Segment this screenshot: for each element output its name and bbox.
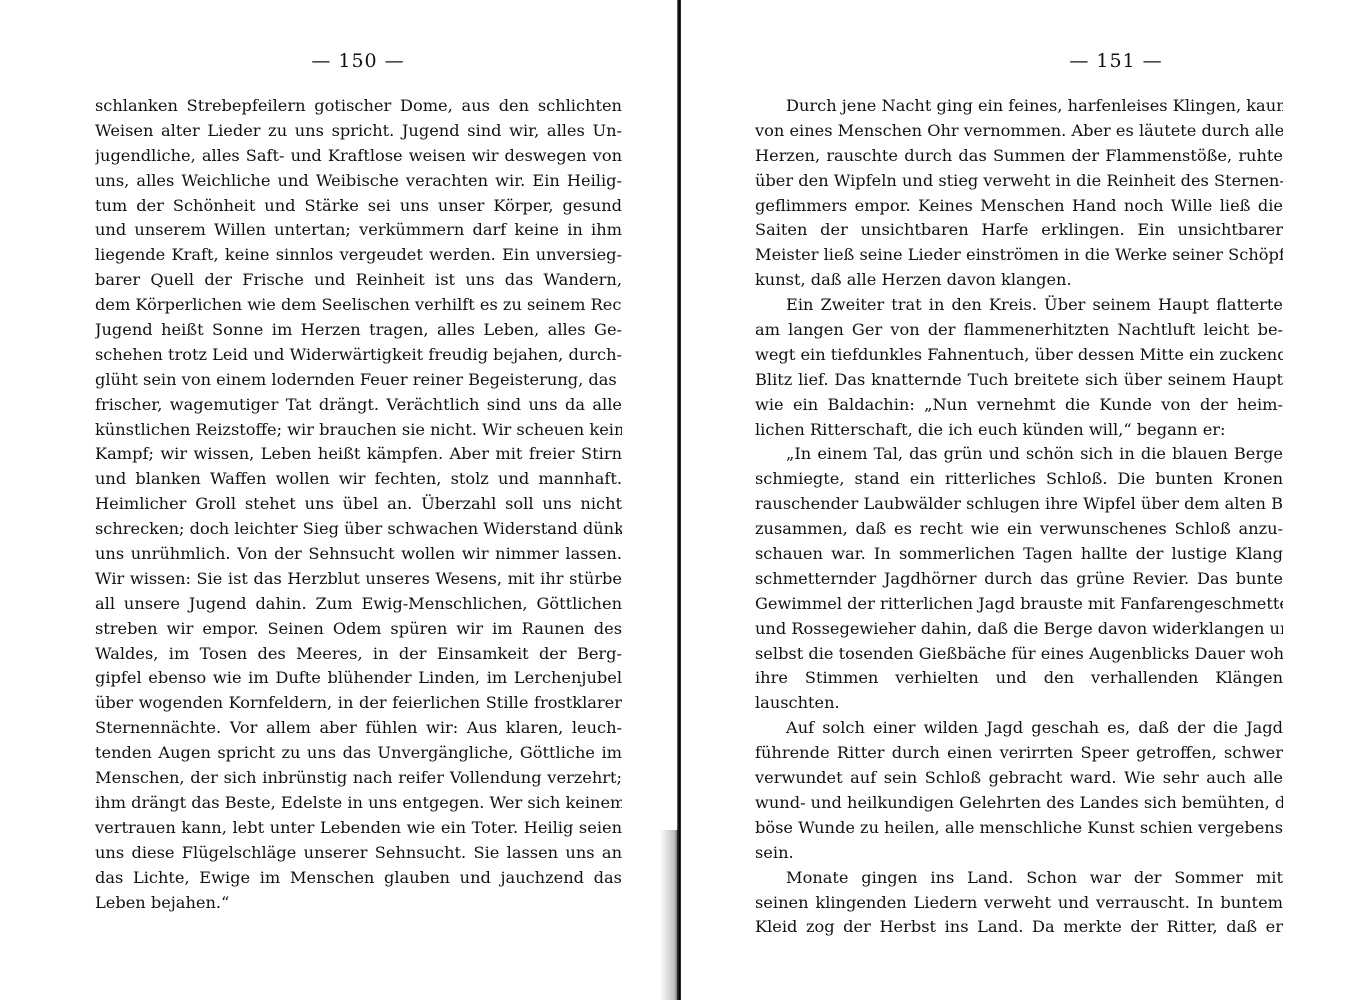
text-line: Weisen alter Lieder zu uns spricht. Juge… xyxy=(95,119,622,144)
text-line: dem Körperlichen wie dem Seelischen verh… xyxy=(95,293,622,318)
text-line: Sternennächte. Vor allem aber fühlen wir… xyxy=(95,716,622,741)
text-line: liegende Kraft, keine sinnlos vergeudet … xyxy=(95,243,622,268)
text-line: lauschten. xyxy=(755,691,1283,716)
text-line: tenden Augen spricht zu uns das Unvergän… xyxy=(95,741,622,766)
text-line: kunst, daß alle Herzen davon klangen. xyxy=(755,268,1283,293)
text-line: schmiegte, stand ein ritterliches Schloß… xyxy=(755,467,1283,492)
text-line: uns, alles Weichliche und Weibische vera… xyxy=(95,169,622,194)
text-line: seinen klingenden Liedern verweht und ve… xyxy=(755,891,1283,916)
text-line: Jugend heißt Sonne im Herzen tragen, all… xyxy=(95,318,622,343)
text-line: ihm drängt das Beste, Edelste in uns ent… xyxy=(95,791,622,816)
text-line: über wogenden Kornfeldern, in der feierl… xyxy=(95,691,622,716)
text-line: Kampf; wir wissen, Leben heißt kämpfen. … xyxy=(95,442,622,467)
text-line: künstlichen Reizstoffe; wir brauchen sie… xyxy=(95,418,622,443)
text-line: zusammen, daß es recht wie ein verwunsch… xyxy=(755,517,1283,542)
left-page: — 150 — schlanken Strebepfeilern gotisch… xyxy=(0,0,678,1000)
text-line: rauschender Laubwälder schlugen ihre Wip… xyxy=(755,492,1283,517)
paragraph-start-line: Ein Zweiter trat in den Kreis. Über sein… xyxy=(755,293,1283,318)
text-line: Blitz lief. Das knatternde Tuch breitete… xyxy=(755,368,1283,393)
page-number-right: — 151 — xyxy=(1016,50,1216,72)
text-line: sein. xyxy=(755,841,1283,866)
text-line: am langen Ger von der flammenerhitzten N… xyxy=(755,318,1283,343)
text-line: Heimlicher Groll stehet uns übel an. Übe… xyxy=(95,492,622,517)
text-line: tum der Schönheit und Stärke sei uns uns… xyxy=(95,194,622,219)
text-line: geflimmers empor. Keines Menschen Hand n… xyxy=(755,194,1283,219)
text-line: und blanken Waffen wollen wir fechten, s… xyxy=(95,467,622,492)
page-number-left: — 150 — xyxy=(258,50,458,72)
text-line: lichen Ritterschaft, die ich euch künden… xyxy=(755,418,1283,443)
text-line: schehen trotz Leid und Widerwärtigkeit f… xyxy=(95,343,622,368)
paragraph-start-line: „In einem Tal, das grün und schön sich i… xyxy=(755,442,1283,467)
text-line: all unsere Jugend dahin. Zum Ewig-Mensch… xyxy=(95,592,622,617)
text-line: Meister ließ seine Lieder einströmen in … xyxy=(755,243,1283,268)
text-line: verwundet auf sein Schloß gebracht ward.… xyxy=(755,766,1283,791)
text-line: uns unrühmlich. Von der Sehnsucht wollen… xyxy=(95,542,622,567)
text-line: Gewimmel der ritterlichen Jagd brauste m… xyxy=(755,592,1283,617)
gutter-shadow xyxy=(660,830,678,1000)
right-page-text: Durch jene Nacht ging ein feines, harfen… xyxy=(755,94,1283,940)
text-line: Kleid zog der Herbst ins Land. Da merkte… xyxy=(755,915,1283,940)
text-line: von eines Menschen Ohr vernommen. Aber e… xyxy=(755,119,1283,144)
right-page: — 151 — Durch jene Nacht ging ein feines… xyxy=(681,0,1368,1000)
text-line: barer Quell der Frische und Reinheit ist… xyxy=(95,268,622,293)
text-line: und unserem Willen untertan; verkümmern … xyxy=(95,218,622,243)
text-line: gipfel ebenso wie im Dufte blühender Lin… xyxy=(95,666,622,691)
text-line: wund- und heilkundigen Gelehrten des Lan… xyxy=(755,791,1283,816)
text-line: wie ein Baldachin: „Nun vernehmt die Kun… xyxy=(755,393,1283,418)
text-line: frischer, wagemutiger Tat drängt. Veräch… xyxy=(95,393,622,418)
text-line: Wir wissen: Sie ist das Herzblut unseres… xyxy=(95,567,622,592)
text-line: Leben bejahen.“ xyxy=(95,891,622,916)
text-line: schlanken Strebepfeilern gotischer Dome,… xyxy=(95,94,622,119)
text-line: über den Wipfeln und stieg verweht in di… xyxy=(755,169,1283,194)
text-line: und Rossegewieher dahin, daß die Berge d… xyxy=(755,617,1283,642)
text-line: selbst die tosenden Gießbäche für eines … xyxy=(755,642,1283,667)
text-line: führende Ritter durch einen verirrten Sp… xyxy=(755,741,1283,766)
paragraph-start-line: Durch jene Nacht ging ein feines, harfen… xyxy=(755,94,1283,119)
text-line: schauen war. In sommerlichen Tagen hallt… xyxy=(755,542,1283,567)
text-line: ihre Stimmen verhielten und den verhalle… xyxy=(755,666,1283,691)
text-line: glüht sein von einem lodernden Feuer rei… xyxy=(95,368,622,393)
text-line: uns diese Flügelschläge unserer Sehnsuch… xyxy=(95,841,622,866)
text-line: streben wir empor. Seinen Odem spüren wi… xyxy=(95,617,622,642)
paragraph-start-line: Auf solch einer wilden Jagd geschah es, … xyxy=(755,716,1283,741)
text-line: vertrauen kann, lebt unter Lebenden wie … xyxy=(95,816,622,841)
text-line: böse Wunde zu heilen, alle menschliche K… xyxy=(755,816,1283,841)
text-line: Herzen, rauschte durch das Summen der Fl… xyxy=(755,144,1283,169)
text-line: schmetternder Jagdhörner durch das grüne… xyxy=(755,567,1283,592)
text-line: wegt ein tiefdunkles Fahnentuch, über de… xyxy=(755,343,1283,368)
paragraph-start-line: Monate gingen ins Land. Schon war der So… xyxy=(755,866,1283,891)
text-line: schrecken; doch leichter Sieg über schwa… xyxy=(95,517,622,542)
left-page-text: schlanken Strebepfeilern gotischer Dome,… xyxy=(95,94,622,915)
text-line: Menschen, der sich inbrünstig nach reife… xyxy=(95,766,622,791)
text-line: jugendliche, alles Saft- und Kraftlose w… xyxy=(95,144,622,169)
text-line: Saiten der unsichtbaren Harfe erklingen.… xyxy=(755,218,1283,243)
text-line: das Lichte, Ewige im Menschen glauben un… xyxy=(95,866,622,891)
text-line: Waldes, im Tosen des Meeres, in der Eins… xyxy=(95,642,622,667)
